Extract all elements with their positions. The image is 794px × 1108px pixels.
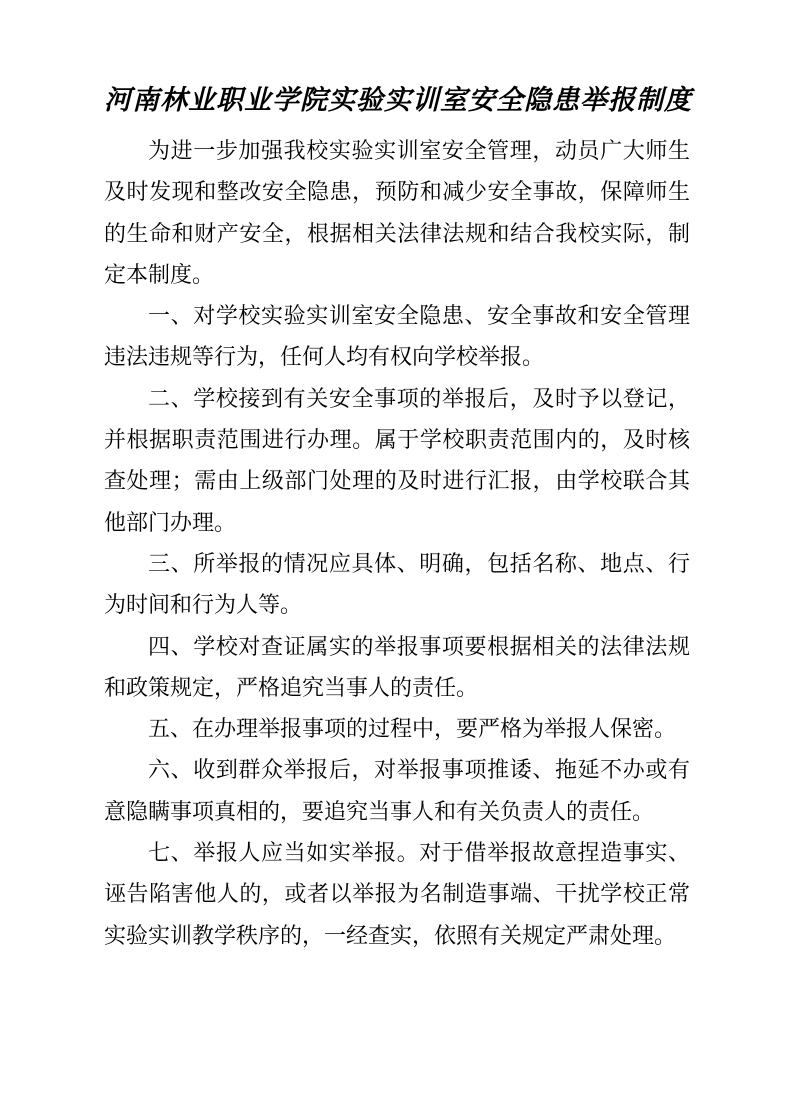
paragraph-item-7: 七、举报人应当如实举报。对于借举报故意捏造事实、诬告陷害他人的，或者以举报为名制… [104, 832, 690, 956]
paragraph-item-6: 六、收到群众举报后，对举报事项推诿、拖延不办或有意隐瞒事项真相的，要追究当事人和… [104, 749, 690, 832]
paragraph-item-1: 一、对学校实验实训室安全隐患、安全事故和安全管理违法违规等行为，任何人均有权向学… [104, 295, 690, 378]
document-page: 河南林业职业学院实验实训室安全隐患举报制度 为进一步加强我校实验实训室安全管理，… [0, 0, 794, 1108]
paragraph-item-3: 三、所举报的情况应具体、明确，包括名称、地点、行为时间和行为人等。 [104, 543, 690, 626]
paragraph-item-4: 四、学校对查证属实的举报事项要根据相关的法律法规和政策规定，严格追究当事人的责任… [104, 626, 690, 709]
paragraph-item-5: 五、在办理举报事项的过程中，要严格为举报人保密。 [104, 708, 690, 749]
document-title: 河南林业职业学院实验实训室安全隐患举报制度 [104, 82, 690, 118]
document-body: 为进一步加强我校实验实训室安全管理，动员广大师生及时发现和整改安全隐患，预防和减… [104, 130, 690, 956]
paragraph-intro: 为进一步加强我校实验实训室安全管理，动员广大师生及时发现和整改安全隐患，预防和减… [104, 130, 690, 295]
paragraph-item-2: 二、学校接到有关安全事项的举报后，及时予以登记，并根据职责范围进行办理。属于学校… [104, 378, 690, 543]
